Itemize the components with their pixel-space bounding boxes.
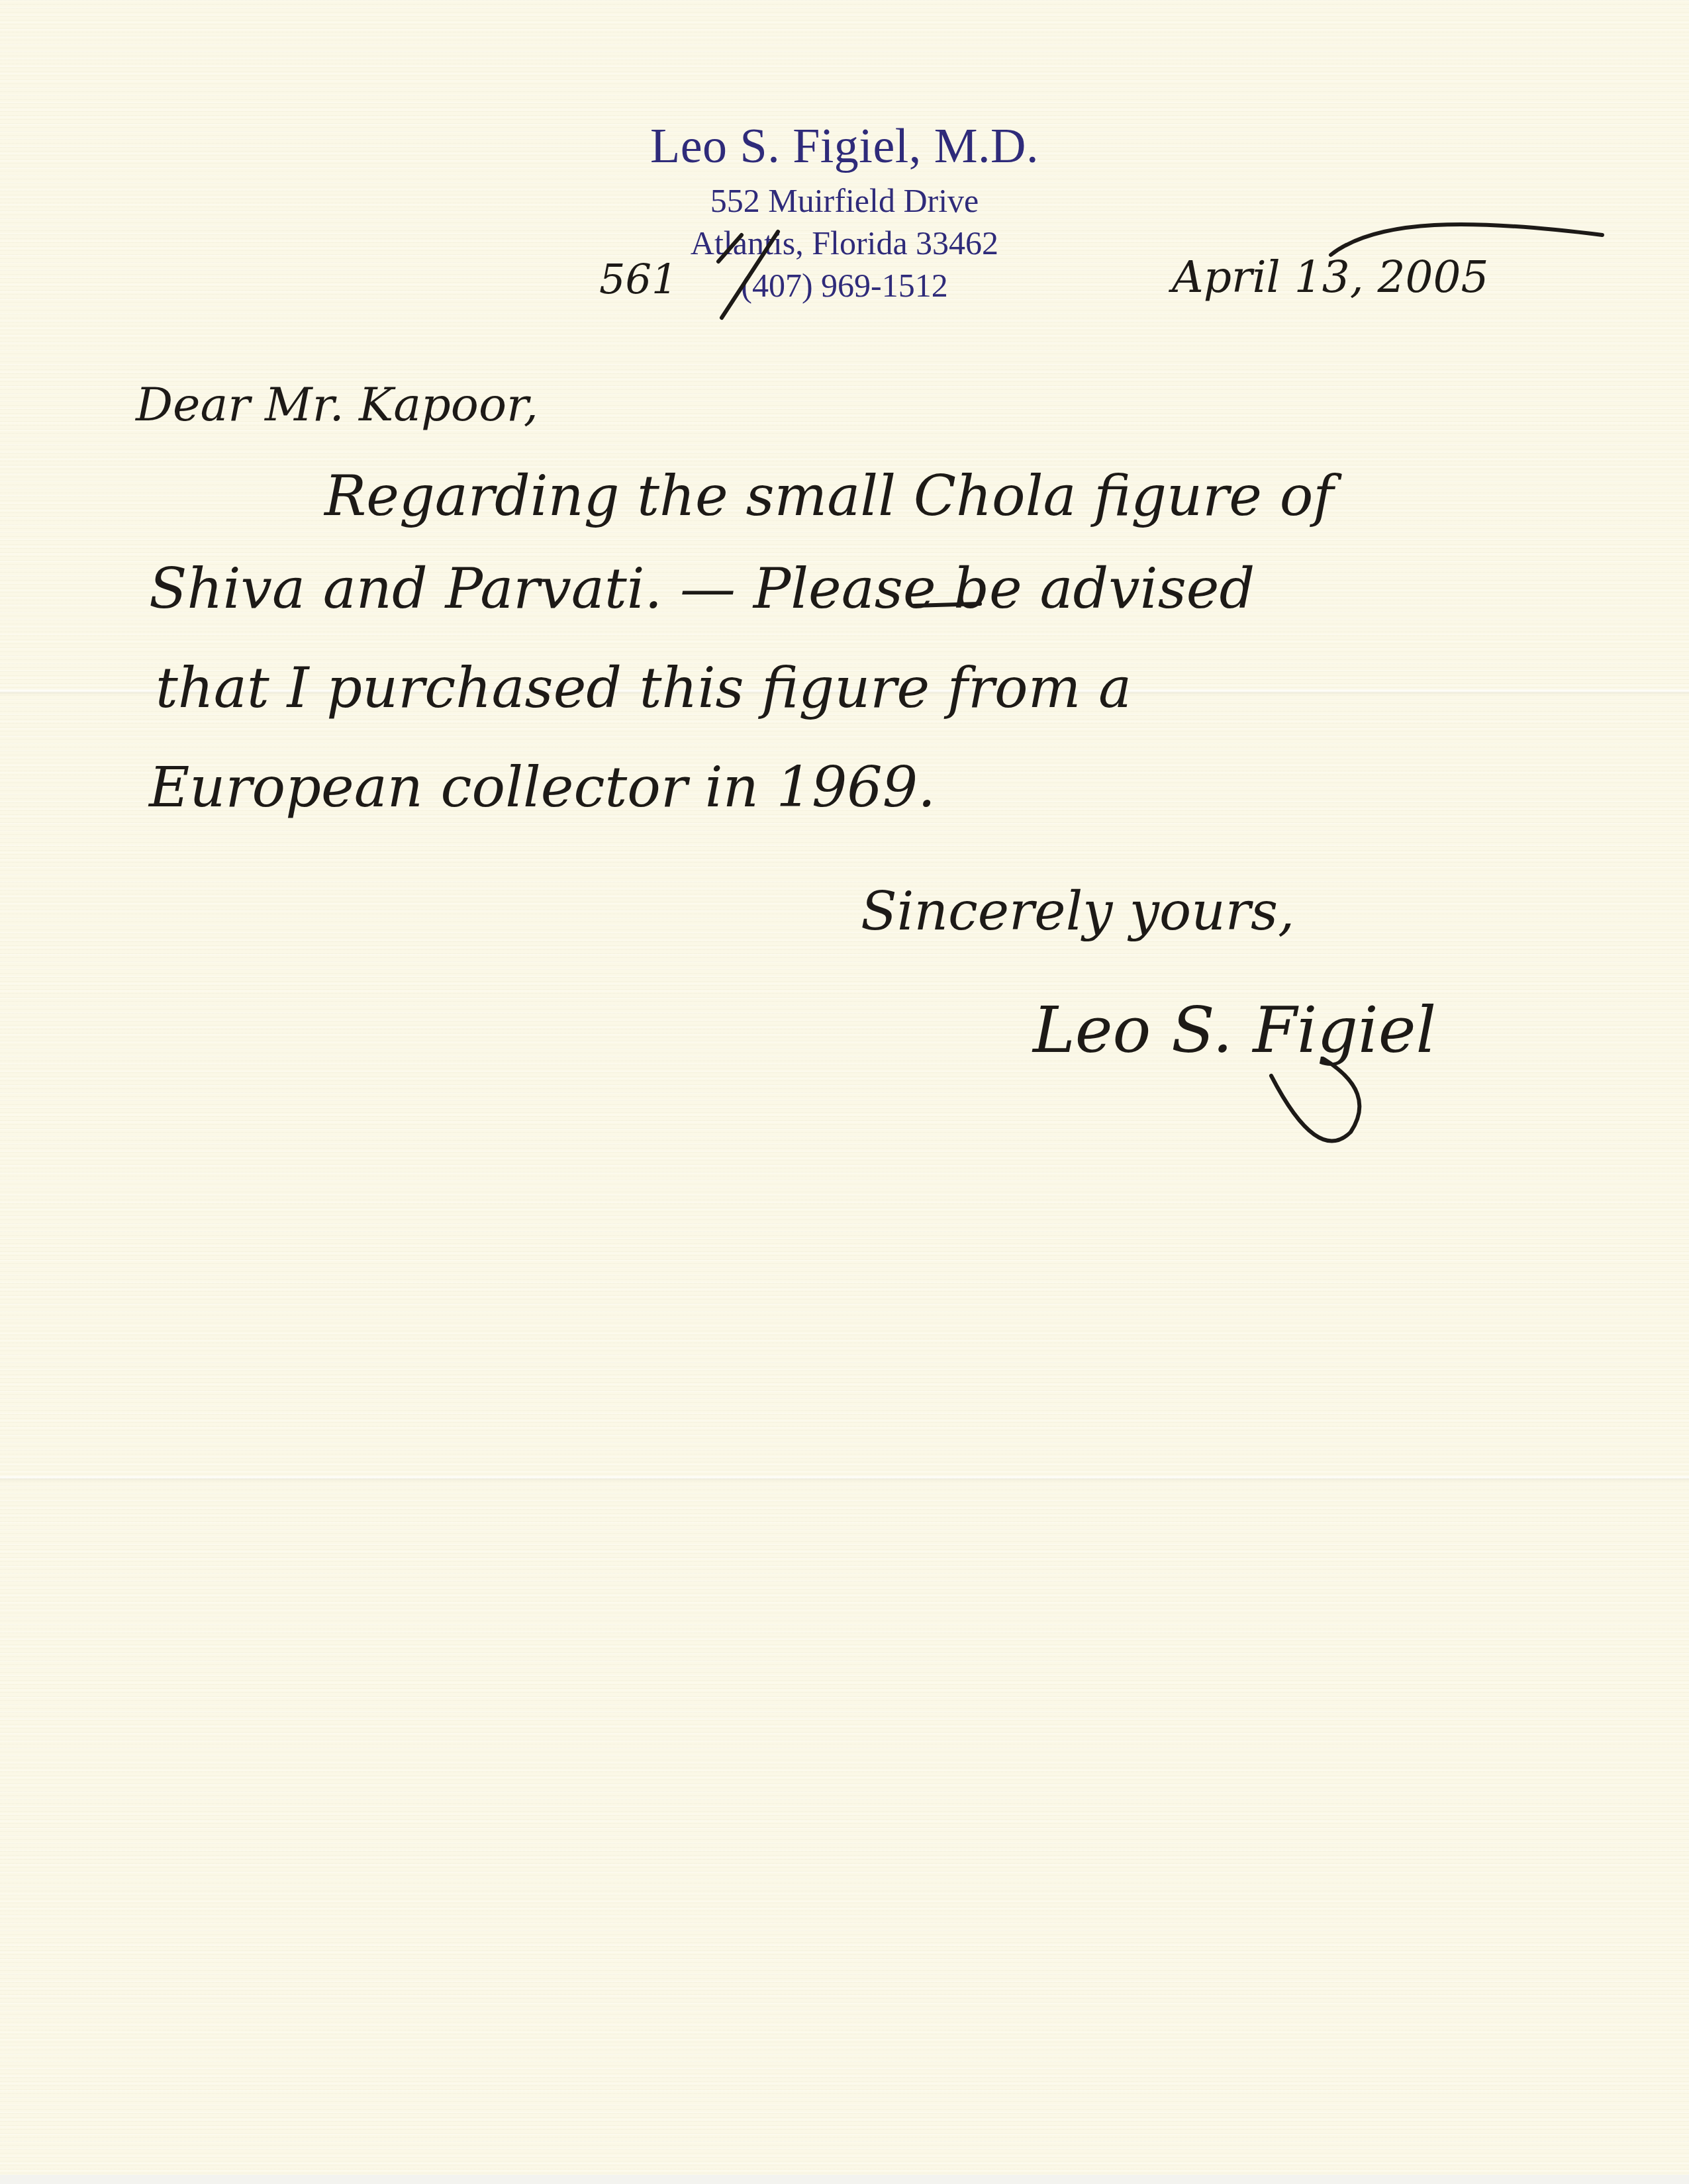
- body-line-4: European collector in 1969.: [149, 755, 936, 820]
- letterhead-street: 552 Muirfield Drive: [0, 179, 1689, 222]
- body-line-3: that I purchased this figure from a: [156, 655, 1132, 720]
- salutation: Dear Mr. Kapoor,: [136, 377, 538, 432]
- letterhead-name: Leo S. Figiel, M.D.: [0, 116, 1689, 177]
- letter-date: April 13, 2005: [1172, 252, 1489, 303]
- signature-flourish: [1271, 1059, 1359, 1141]
- body-line-2: Shiva and Parvati. — Please be advised: [149, 556, 1255, 621]
- area-code-correction: 561: [599, 255, 677, 303]
- closing: Sincerely yours,: [861, 880, 1294, 942]
- signature: Leo S. Figiel: [1033, 993, 1436, 1067]
- pen-strokes: [0, 0, 1689, 2175]
- letter-page: Leo S. Figiel, M.D. 552 Muirfield Drive …: [0, 0, 1689, 2175]
- body-line-1: Regarding the small Chola figure of: [324, 463, 1333, 528]
- scan-edge: [0, 2175, 1689, 2184]
- fold-crease: [0, 1475, 1689, 1482]
